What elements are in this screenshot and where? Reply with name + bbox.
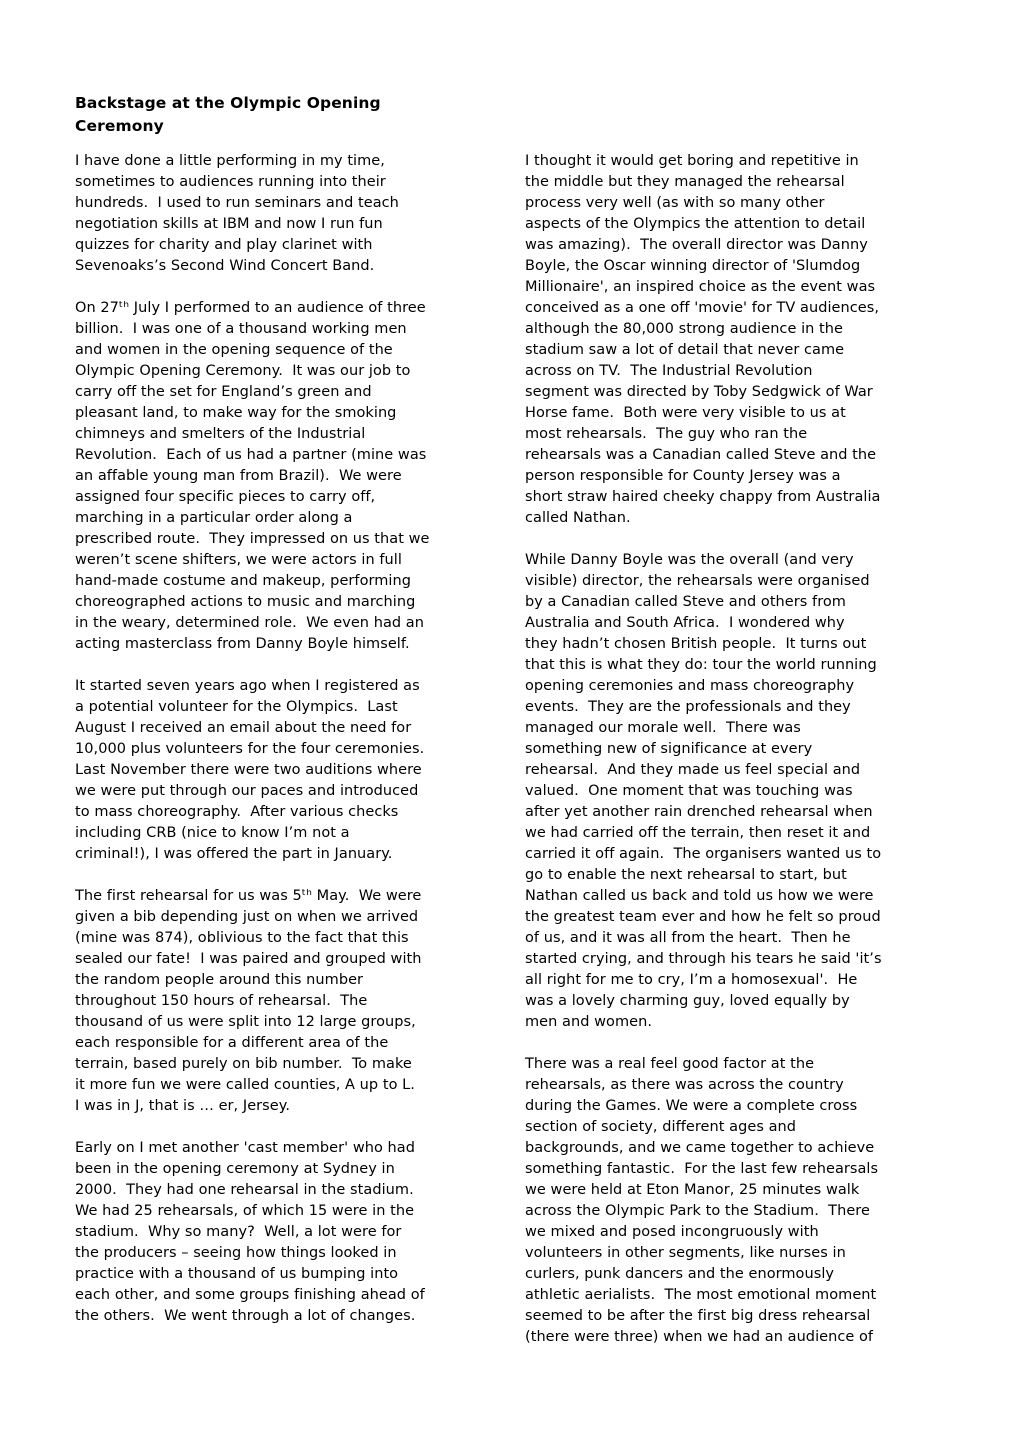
- text-column-left: I have done a little performing in my ti…: [75, 151, 525, 1369]
- document-page: Backstage at the Olympic Opening Ceremon…: [0, 0, 1020, 1443]
- paragraph: The first rehearsal for us was 5ᵗʰ May. …: [75, 886, 525, 1117]
- paragraph: There was a real feel good factor at the…: [525, 1054, 975, 1348]
- paragraph: I thought it would get boring and repeti…: [525, 151, 975, 529]
- paragraph: On 27ᵗʰ July I performed to an audience …: [75, 298, 525, 655]
- paragraph: I have done a little performing in my ti…: [75, 151, 525, 277]
- paragraph: Early on I met another 'cast member' who…: [75, 1138, 525, 1327]
- text-column-right: I thought it would get boring and repeti…: [525, 151, 975, 1369]
- text-columns: I have done a little performing in my ti…: [75, 151, 1020, 1369]
- paragraph: While Danny Boyle was the overall (and v…: [525, 550, 975, 1033]
- document-title: Backstage at the Olympic Opening Ceremon…: [75, 92, 1020, 138]
- paragraph: It started seven years ago when I regist…: [75, 676, 525, 865]
